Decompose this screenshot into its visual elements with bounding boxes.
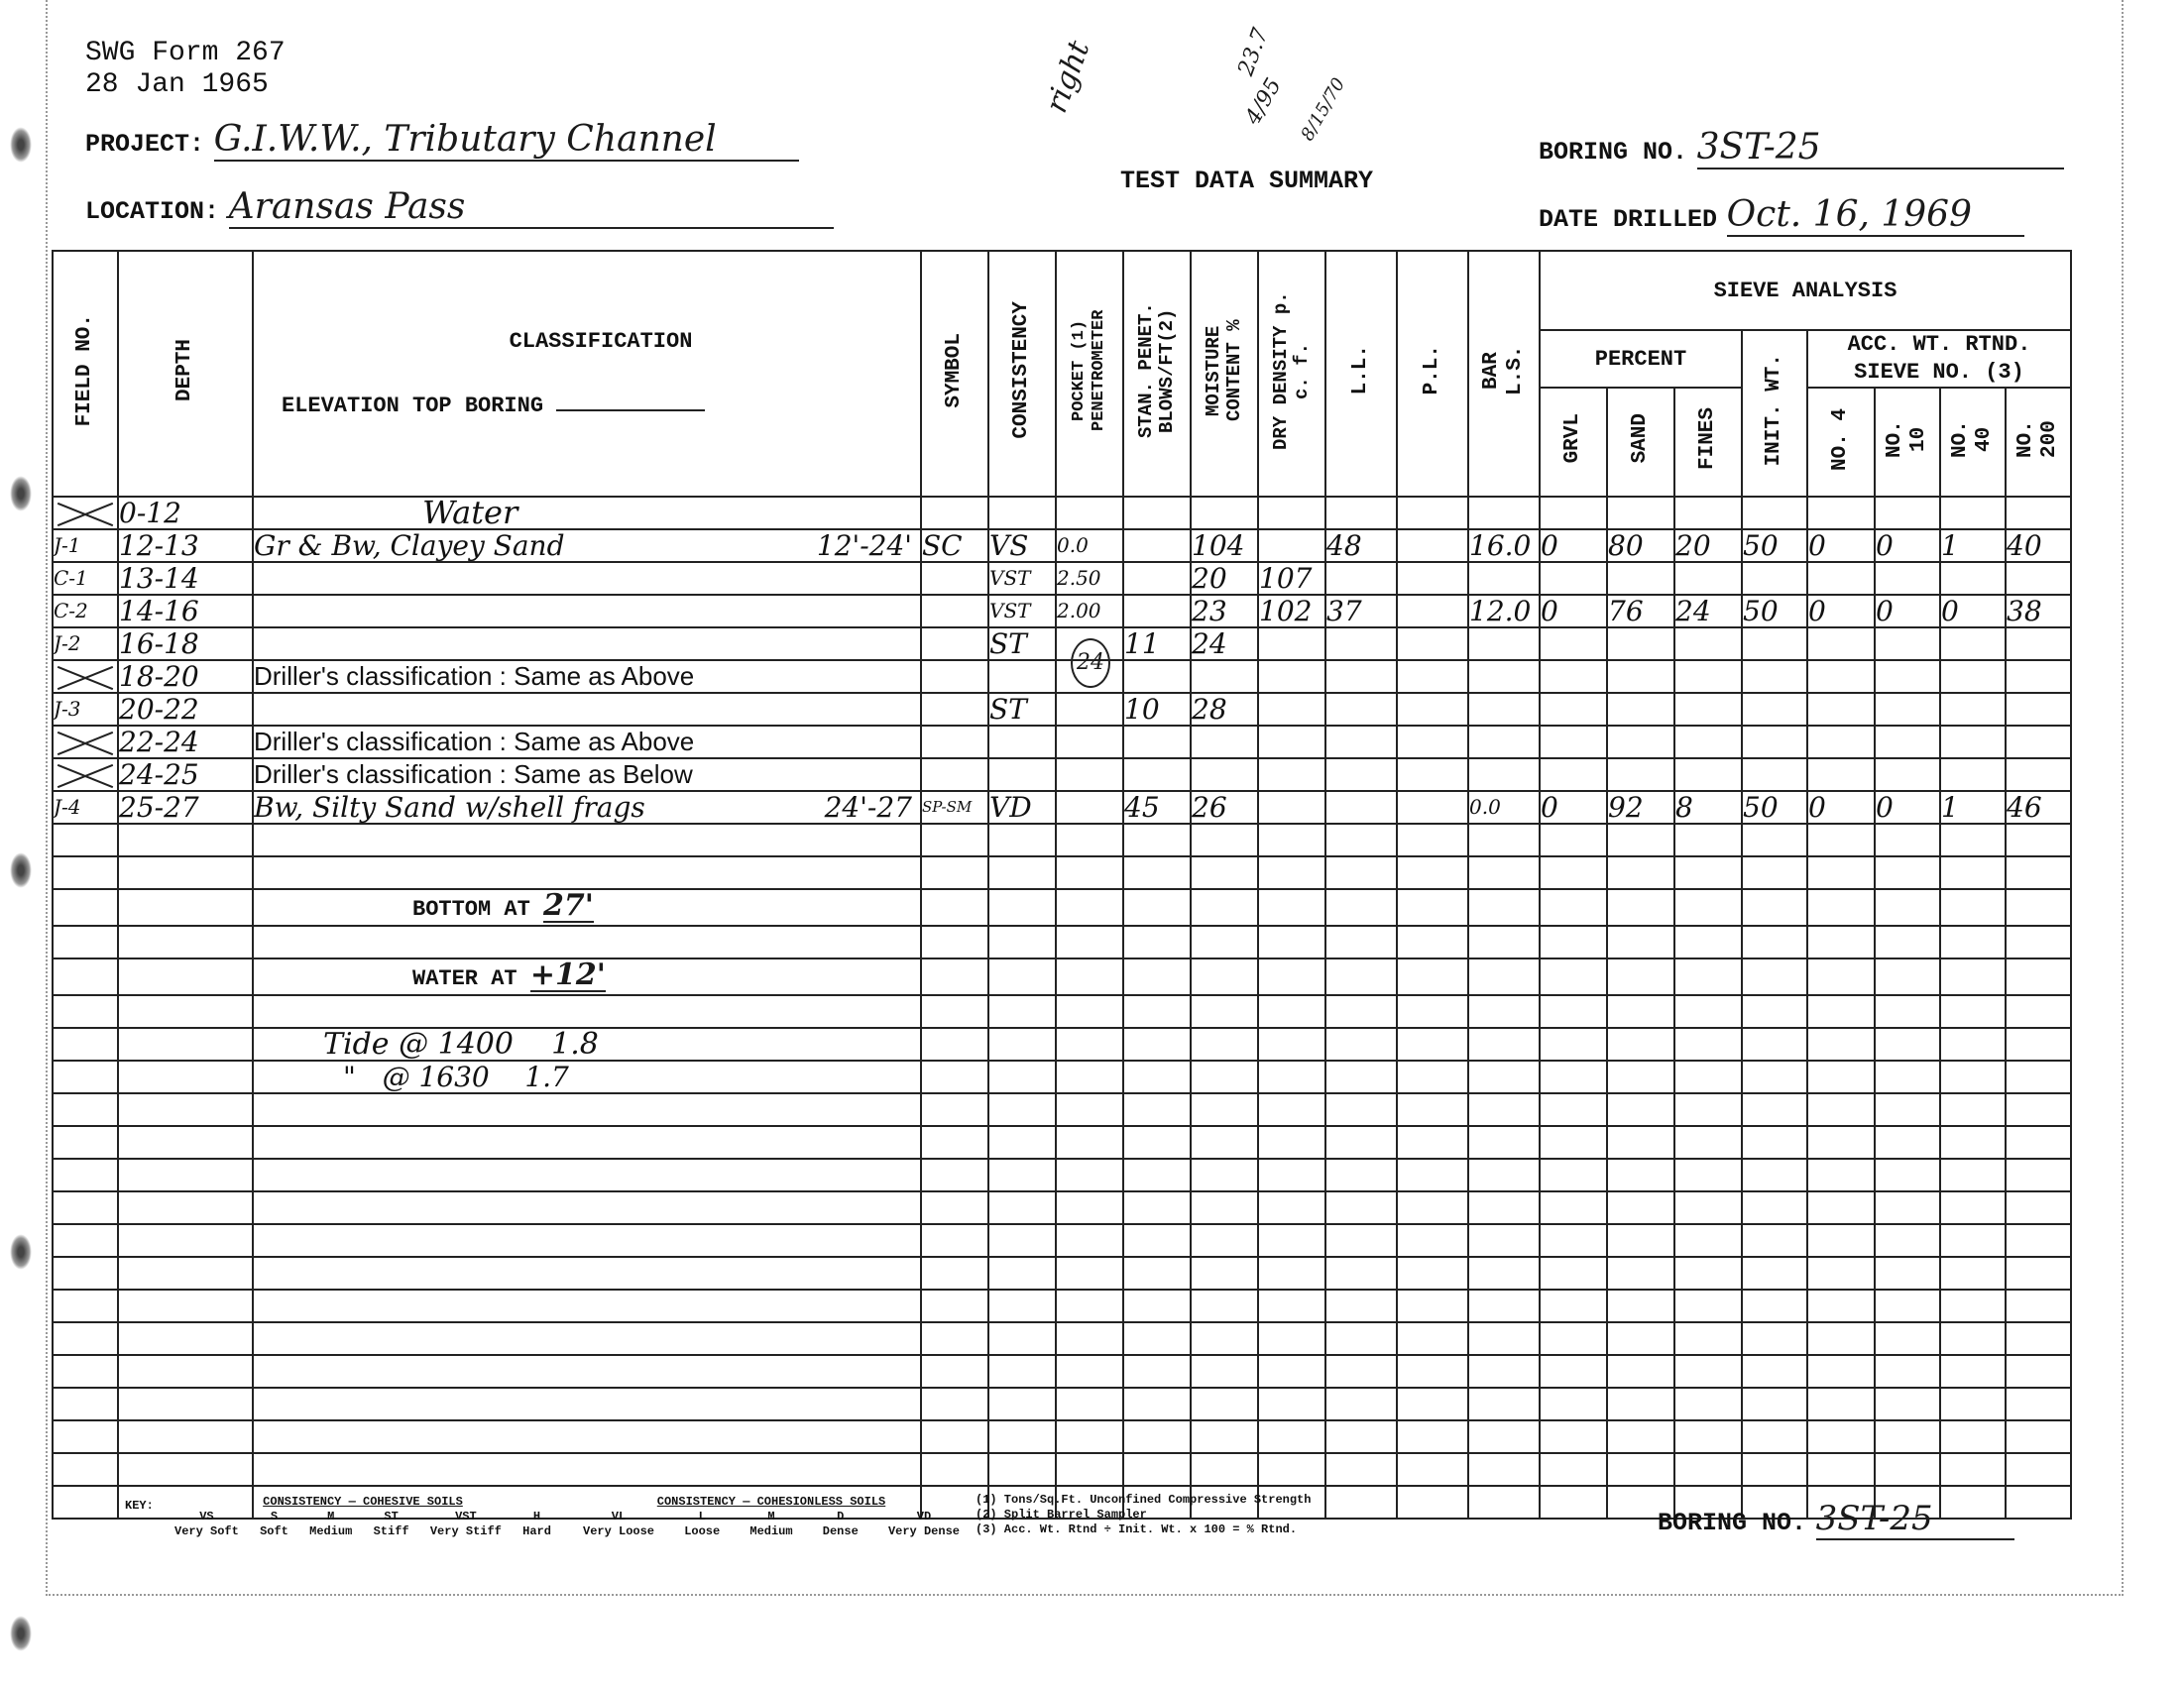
table-row: J-4 25-27 Bw, Silty Sand w/shell frags 2… [53,791,2071,824]
col-fines: FINES [1674,388,1742,497]
percent-header: PERCENT [1540,330,1742,388]
no40-cell: 1 [1940,791,2006,824]
pocket-cell: 0.0 [1056,529,1123,562]
circled-annotation: 24 [1071,638,1110,688]
stan-cell: 11 [1123,627,1191,660]
boring-value: 3ST-25 [1697,127,2064,169]
footer-boring-value: 3ST-25 [1816,1499,2014,1540]
init-wt-cell: 50 [1742,595,1807,627]
field-no-void [53,660,118,693]
footer-boring-label: BORING NO. [1658,1509,1806,1537]
classification-text: Gr & Bw, Clayey Sand [254,529,565,562]
sand-cell: 80 [1607,529,1674,562]
table-row: BOTTOM AT 27' [53,889,2071,926]
key-item: MMedium [309,1510,352,1539]
tide-note-1: Tide @ 1400 1.8 [253,1028,921,1061]
bar-ls-cell: 12.0 [1468,595,1540,627]
col-symbol: SYMBOL [921,251,988,497]
project-label: PROJECT: [85,130,204,159]
depth-cell: 14-16 [118,595,253,627]
consistency-cell: VST [988,562,1056,595]
col-sand: SAND [1607,388,1674,497]
bar-ls-cell: 0.0 [1468,791,1540,824]
table-row: J-2 16-18 ST 24 11 24 [53,627,2071,660]
no10-cell: 0 [1875,595,1940,627]
moisture-cell: 24 [1191,627,1258,660]
footnotes: (1) Tons/Sq.Ft. Unconfined Compressive S… [976,1493,1311,1537]
consistency-cell: VST [988,595,1056,627]
pocket-cell: 2.00 [1056,595,1123,627]
classification-cell: Bw, Silty Sand w/shell frags 24'-27 [253,791,921,824]
cohesionless-key: CONSISTENCY — COHESIONLESS SOILS VLVery … [583,1495,960,1539]
moisture-cell: 23 [1191,595,1258,627]
cohesive-key: CONSISTENCY — COHESIVE SOILS VSVery Soft… [174,1495,551,1539]
footnote: (3) Acc. Wt. Rtnd ÷ Init. Wt. x 100 = % … [976,1522,1311,1537]
grvl-cell: 0 [1540,791,1607,824]
fines-cell: 8 [1674,791,1742,824]
depth-cell: 25-27 [118,791,253,824]
tide-note-2: " @ 1630 1.7 [253,1061,921,1093]
col-no200: NO. 200 [2006,388,2071,497]
no200-cell: 40 [2006,529,2071,562]
sand-cell: 76 [1607,595,1674,627]
no4-cell: 0 [1807,529,1875,562]
test-data-table: FIELD NO. DEPTH CLASSIFICATION ELEVATION… [52,250,2072,1520]
field-no-cell: J-3 [53,693,118,726]
col-moisture: MOISTURE CONTENT % [1191,251,1258,497]
key-item: VDVery Dense [888,1510,960,1539]
symbol-cell: SP-SM [921,791,988,824]
consistency-cell: ST [988,693,1056,726]
table-row: C-2 14-16 VST 2.00 23 102 37 12.0 0 76 2… [53,595,2071,627]
binder-hole-icon [10,1616,32,1651]
depth-cell: 20-22 [118,693,253,726]
margin-note: 23.7 [1233,25,1273,79]
date-drilled-row: DATE DRILLED Oct. 16, 1969 [1539,194,2024,237]
footnote: (2) Split Barrel Sampler [976,1508,1311,1522]
key-item: MMedium [749,1510,792,1539]
col-bar-ls: BAR L.S. [1468,251,1540,497]
no40-cell: 1 [1940,529,2006,562]
depth-range: 24'-27 [825,792,912,823]
date-drilled-value: Oct. 16, 1969 [1727,194,2024,237]
table-row: " @ 1630 1.7 [53,1061,2071,1093]
binder-hole-icon [10,127,32,163]
dry-density-cell [1258,529,1325,562]
no10-cell: 0 [1875,791,1940,824]
pl-cell [1397,529,1468,562]
stan-cell [1123,529,1191,562]
no200-cell: 38 [2006,595,2071,627]
col-dry-density: DRY DENSITY p. c. f. [1258,251,1325,497]
binder-hole-icon [10,1234,32,1270]
field-no-cell: J-1 [53,529,118,562]
depth-cell: 12-13 [118,529,253,562]
table-row: Tide @ 1400 1.8 [53,1028,2071,1061]
key-label: KEY: [125,1499,154,1514]
key-item: HHard [522,1510,551,1539]
stan-cell: 45 [1123,791,1191,824]
depth-cell: 22-24 [118,726,253,758]
col-depth: DEPTH [118,251,253,497]
binder-hole-icon [10,476,32,511]
boring-label: BORING NO. [1539,138,1687,167]
col-no10: NO. 10 [1875,388,1940,497]
form-date: 28 Jan 1965 [85,69,286,101]
classification-cell: Driller's classification : Same as Above [253,660,921,693]
key-item: VLVery Loose [583,1510,654,1539]
table-row: 0-12 Water [53,497,2071,529]
col-pl: P.L. [1397,251,1468,497]
key-item: STStiff [374,1510,409,1539]
moisture-cell: 28 [1191,693,1258,726]
depth-cell: 0-12 [118,497,253,529]
boring-number-row: BORING NO. 3ST-25 [1539,127,2064,169]
elevation-label: ELEVATION TOP BORING [282,394,543,418]
init-wt-cell: 50 [1742,791,1807,824]
col-grvl: GRVL [1540,388,1607,497]
location-label: LOCATION: [85,197,219,226]
classification-cell: Driller's classification : Same as Above [253,726,921,758]
margin-note: 8/15/70 [1297,74,1349,145]
key-item: VSTVery Stiff [430,1510,502,1539]
key-item: VSVery Soft [174,1510,239,1539]
table-row: 18-20 Driller's classification : Same as… [53,660,2071,693]
date-drilled-label: DATE DRILLED [1539,205,1717,234]
ll-cell: 48 [1325,529,1397,562]
field-no-void [53,497,118,529]
col-ll: L.L. [1325,251,1397,497]
sand-cell: 92 [1607,791,1674,824]
no40-cell: 0 [1940,595,2006,627]
table-row: 24-25 Driller's classification : Same as… [53,758,2071,791]
moisture-cell: 20 [1191,562,1258,595]
location-row: LOCATION: Aransas Pass [85,186,834,229]
margin-note: right [1039,36,1096,117]
form-identifier: SWG Form 267 28 Jan 1965 [85,38,286,101]
field-no-cell: J-4 [53,791,118,824]
margin-note: 4/95 [1241,74,1287,129]
init-wt-cell: 50 [1742,529,1807,562]
col-stan-penet: STAN. PENET. BLOWS/FT(2) [1123,251,1191,497]
water-label: WATER AT [412,966,517,991]
water-value: +12' [530,959,606,992]
sieve-analysis-header: SIEVE ANALYSIS [1540,251,2071,330]
no4-cell: 0 [1807,595,1875,627]
no4-cell: 0 [1807,791,1875,824]
col-consistency: CONSISTENCY [988,251,1056,497]
fines-cell: 24 [1674,595,1742,627]
bottom-value: 27' [543,890,594,923]
ll-cell: 37 [1325,595,1397,627]
water-at: WATER AT +12' [253,958,921,995]
elevation-field [556,409,705,411]
depth-cell: 16-18 [118,627,253,660]
depth-range: 12'-24' [817,530,912,561]
cohesive-title: CONSISTENCY — COHESIVE SOILS [174,1495,551,1510]
moisture-cell: 104 [1191,529,1258,562]
consistency-cell: VD [988,791,1056,824]
col-pocket-penetrometer: POCKET (1) PENETROMETER [1056,251,1123,497]
field-no-cell: C-1 [53,562,118,595]
page-edge-bottom [46,1594,2124,1596]
cohesionless-title: CONSISTENCY — COHESIONLESS SOILS [583,1495,960,1510]
col-no4: NO. 4 [1807,388,1875,497]
no10-cell: 0 [1875,529,1940,562]
col-classification: CLASSIFICATION ELEVATION TOP BORING [253,251,921,497]
classification-cell: Gr & Bw, Clayey Sand 12'-24' [253,529,921,562]
classification-header: CLASSIFICATION [282,329,920,354]
table-row: J-3 20-22 ST 10 28 [53,693,2071,726]
fines-cell: 20 [1674,529,1742,562]
key-item: DDense [823,1510,859,1539]
project-value: G.I.W.W., Tributary Channel [214,119,799,162]
table-row: 22-24 Driller's classification : Same as… [53,726,2071,758]
key-item: SSoft [260,1510,288,1539]
field-no-cell: C-2 [53,595,118,627]
footer-boring-number: BORING NO. 3ST-25 [1658,1499,2014,1540]
grvl-cell: 0 [1540,595,1607,627]
pocket-cell: 2.50 [1056,562,1123,595]
grvl-cell: 0 [1540,529,1607,562]
project-row: PROJECT: G.I.W.W., Tributary Channel [85,119,799,162]
table-row: J-1 12-13 Gr & Bw, Clayey Sand 12'-24' S… [53,529,2071,562]
consistency-cell: VS [988,529,1056,562]
acc-wt-header: ACC. WT. RTND. SIEVE NO. (3) [1807,330,2071,388]
classification-cell: Driller's classification : Same as Below [253,758,921,791]
document-title: TEST DATA SUMMARY [1120,167,1373,195]
bottom-at: BOTTOM AT 27' [253,889,921,926]
field-no-void [53,758,118,791]
field-no-void [53,726,118,758]
dry-density-cell: 102 [1258,595,1325,627]
key-item: LLoose [684,1510,720,1539]
consistency-cell: ST [988,627,1056,660]
location-value: Aransas Pass [229,186,834,229]
field-no-cell: J-2 [53,627,118,660]
symbol-cell: SC [921,529,988,562]
col-no40: NO. 40 [1940,388,2006,497]
table-row: WATER AT +12' [53,958,2071,995]
page-edge-right [2122,0,2125,1596]
depth-cell: 18-20 [118,660,253,693]
form-number: SWG Form 267 [85,38,286,69]
bar-ls-cell: 16.0 [1468,529,1540,562]
col-init-wt: INIT. WT. [1742,330,1807,497]
dry-density-cell: 107 [1258,562,1325,595]
classification-text: Bw, Silty Sand w/shell frags [254,791,645,824]
moisture-cell: 26 [1191,791,1258,824]
classification-cell: Water [253,497,921,529]
depth-cell: 24-25 [118,758,253,791]
col-field-no: FIELD NO. [53,251,118,497]
bottom-label: BOTTOM AT [412,897,530,922]
binder-hole-icon [10,852,32,888]
no200-cell: 46 [2006,791,2071,824]
depth-cell: 13-14 [118,562,253,595]
footnote: (1) Tons/Sq.Ft. Unconfined Compressive S… [976,1493,1311,1508]
page-edge-left [46,0,49,1596]
table-row: C-1 13-14 VST 2.50 20 107 [53,562,2071,595]
stan-cell: 10 [1123,693,1191,726]
